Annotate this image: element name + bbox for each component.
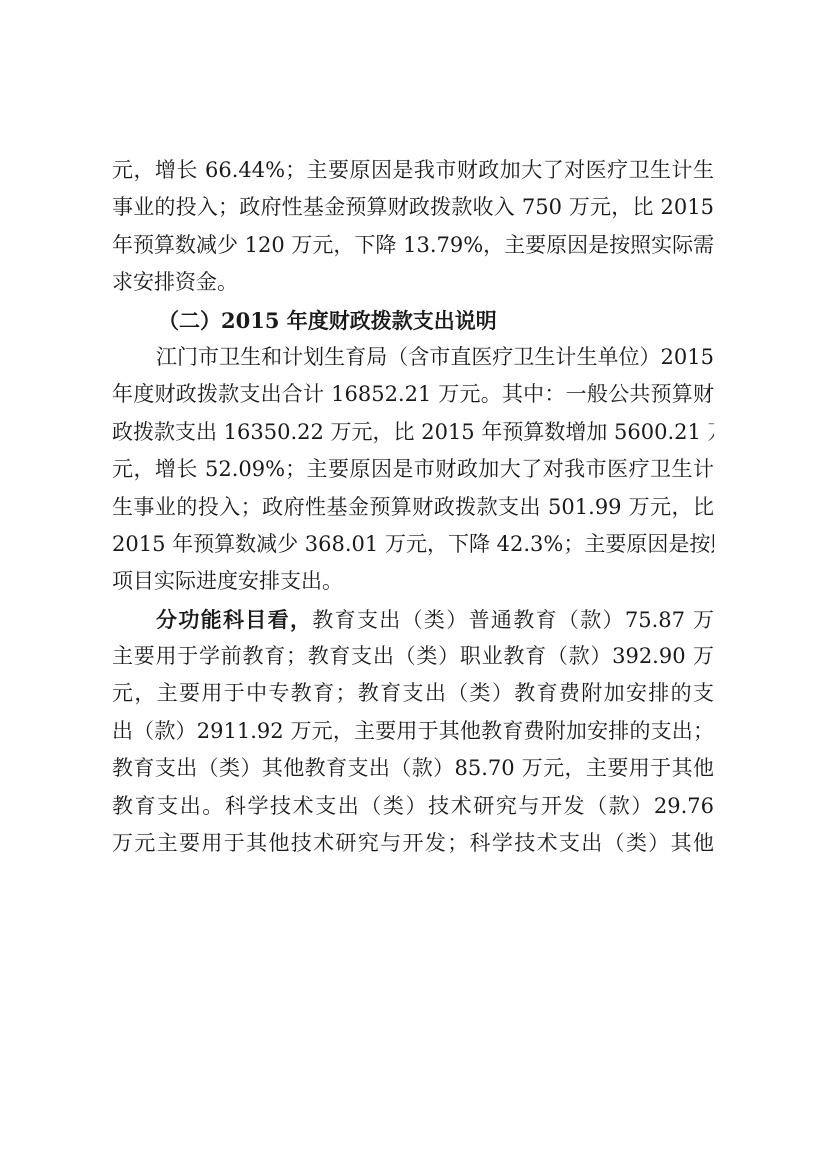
text-line: 元，增长 66.44%；主要原因是我市财政加大了对医疗卫生计生 xyxy=(112,152,714,189)
text-line: 出（款）2911.92 万元，主要用于其他教育费附加安排的支出； xyxy=(112,713,714,750)
document-page: 元，增长 66.44%；主要原因是我市财政加大了对医疗卫生计生 事业的投入；政府… xyxy=(112,152,714,862)
text-line: 江门市卫生和计划生育局（含市直医疗卫生计生单位）2015 xyxy=(112,339,714,376)
text-line: 年预算数减少 120 万元，下降 13.79%，主要原因是按照实际需 xyxy=(112,227,714,264)
text-line: 教育支出。科学技术支出（类）技术研究与开发（款）29.76 xyxy=(112,788,714,825)
text-line: 主要用于学前教育；教育支出（类）职业教育（款）392.90 万 xyxy=(112,638,714,675)
paragraph-continuation: 元，增长 66.44%；主要原因是我市财政加大了对医疗卫生计生 事业的投入；政府… xyxy=(112,152,714,302)
text-line: 分功能科目看，教育支出（类）普通教育（款）75.87 万元， xyxy=(112,601,714,638)
text-line: 项目实际进度安排支出。 xyxy=(112,563,714,600)
lead-bold-text: 分功能科目看， xyxy=(156,607,312,632)
section-heading: （二）2015 年度财政拨款支出说明 xyxy=(112,302,714,339)
text-line: 政拨款支出 16350.22 万元，比 2015 年预算数增加 5600.21 … xyxy=(112,414,714,451)
text-line: 生事业的投入；政府性基金预算财政拨款支出 501.99 万元，比 xyxy=(112,489,714,526)
text-line: 元，主要用于中专教育；教育支出（类）教育费附加安排的支 xyxy=(112,675,714,712)
text-line: 事业的投入；政府性基金预算财政拨款收入 750 万元，比 2015 xyxy=(112,189,714,226)
text-line: 万元主要用于其他技术研究与开发；科学技术支出（类）其他 xyxy=(112,825,714,862)
text-line: 求安排资金。 xyxy=(112,264,714,301)
paragraph-functional-breakdown: 分功能科目看，教育支出（类）普通教育（款）75.87 万元， 主要用于学前教育；… xyxy=(112,601,714,863)
text-line: 元，增长 52.09%；主要原因是市财政加大了对我市医疗卫生计 xyxy=(112,451,714,488)
text-line: 年度财政拨款支出合计 16852.21 万元。其中：一般公共预算财 xyxy=(112,376,714,413)
text-line: 教育支出（类）其他教育支出（款）85.70 万元，主要用于其他 xyxy=(112,750,714,787)
text-line: 2015 年预算数减少 368.01 万元，下降 42.3%；主要原因是按照 xyxy=(112,526,714,563)
paragraph-expenditure-summary: 江门市卫生和计划生育局（含市直医疗卫生计生单位）2015 年度财政拨款支出合计 … xyxy=(112,339,714,601)
